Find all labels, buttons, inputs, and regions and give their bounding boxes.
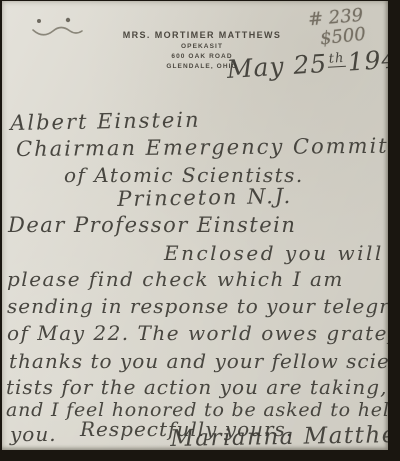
body-line-4: of May 22. The world owes grateful xyxy=(7,321,388,345)
recipient-line-1: Albert Einstein xyxy=(10,108,201,135)
pencil-squiggle-mark xyxy=(28,13,86,43)
body-line-5: thanks to you and your fellow scien- xyxy=(9,349,388,373)
letterhead-house: OPEKASIT xyxy=(102,43,302,50)
letterhead-name: MRS. MORTIMER MATTHEWS xyxy=(102,30,302,40)
signature: Marianna Matthews xyxy=(170,421,388,450)
recipient-line-2: Chairman Emergency Committee xyxy=(16,133,388,161)
date-day: May 25 xyxy=(226,49,328,84)
letter-scan: # 239 $500 MRS. MORTIMER MATTHEWS OPEKAS… xyxy=(0,0,400,461)
body-line-6: tists for the action you are taking, xyxy=(6,375,387,399)
salutation: Dear Professor Einstein xyxy=(8,213,296,237)
body-line-1: Enclosed you will xyxy=(164,241,384,265)
body-line-8: you. xyxy=(10,422,57,446)
recipient-line-4: Princeton N.J. xyxy=(117,184,292,211)
letter-paper: # 239 $500 MRS. MORTIMER MATTHEWS OPEKAS… xyxy=(2,1,388,450)
body-line-2: please find check which I am xyxy=(7,267,344,291)
pencil-amount: $500 xyxy=(319,24,367,50)
date-year: 1946 xyxy=(347,43,388,76)
date-ordinal: th xyxy=(327,50,346,67)
body-line-3: sending in response to your telegram xyxy=(7,294,388,318)
